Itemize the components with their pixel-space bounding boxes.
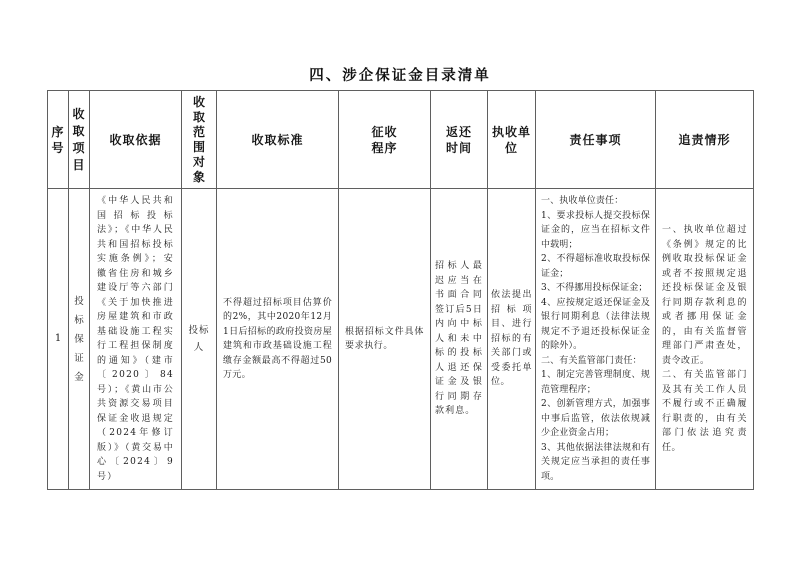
col-header-basis: 收取依据 <box>90 91 182 189</box>
deposit-directory-table: 序 号 收 取 项 目 收取依据 收 取 范 围 对 象 收取标准 征收 程序 … <box>47 90 754 490</box>
table-row: 1 投 标 保 证 金 《中华人民共和国招标投标法》；《中华人民共和国招标投标实… <box>48 189 754 490</box>
cell-standard: 不得超过招标项目估算价的2%，其中2020年12月1日后招标的政府投资房屋建筑和… <box>217 189 339 490</box>
table-header-row: 序 号 收 取 项 目 收取依据 收 取 范 围 对 象 收取标准 征收 程序 … <box>48 91 754 189</box>
col-header-scope: 收 取 范 围 对 象 <box>182 91 217 189</box>
cell-item: 投 标 保 证 金 <box>69 189 90 490</box>
col-header-seq: 序 号 <box>48 91 69 189</box>
cell-accountability: 一、执收单位超过《条例》规定的比例收取投标保证金或者不按照规定退还投标保证金及银… <box>656 189 754 490</box>
cell-scope: 投标 人 <box>182 189 217 490</box>
cell-basis: 《中华人民共和国招标投标法》；《中华人民共和国招标投标实施条例》；安徽省住房和城… <box>90 189 182 490</box>
cell-collecting-unit: 依法提出招标项目、进行招标的有关部门或受委托单位。 <box>488 189 536 490</box>
cell-return-time: 招标人最迟应当在书面合同签订后5日内向中标人和未中标的投标人退还保证金及银行同期… <box>431 189 488 490</box>
col-header-responsibilities: 责任事项 <box>536 91 656 189</box>
document-title: 四、涉企保证金目录清单 <box>47 64 753 85</box>
cell-seq: 1 <box>48 189 69 490</box>
col-header-standard: 收取标准 <box>217 91 339 189</box>
col-header-procedure: 征收 程序 <box>339 91 431 189</box>
document-page: 四、涉企保证金目录清单 序 号 收 取 项 目 收取依据 收 取 范 围 对 象… <box>0 0 800 565</box>
col-header-return-time: 返还 时间 <box>431 91 488 189</box>
cell-responsibilities: 一、执收单位责任： 1、要求投标人提交投标保证金的，应当在招标文件中载明； 2、… <box>536 189 656 490</box>
col-header-collecting-unit: 执收单 位 <box>488 91 536 189</box>
col-header-item: 收 取 项 目 <box>69 91 90 189</box>
cell-procedure: 根据招标文件具体要求执行。 <box>339 189 431 490</box>
col-header-accountability: 追责情形 <box>656 91 754 189</box>
